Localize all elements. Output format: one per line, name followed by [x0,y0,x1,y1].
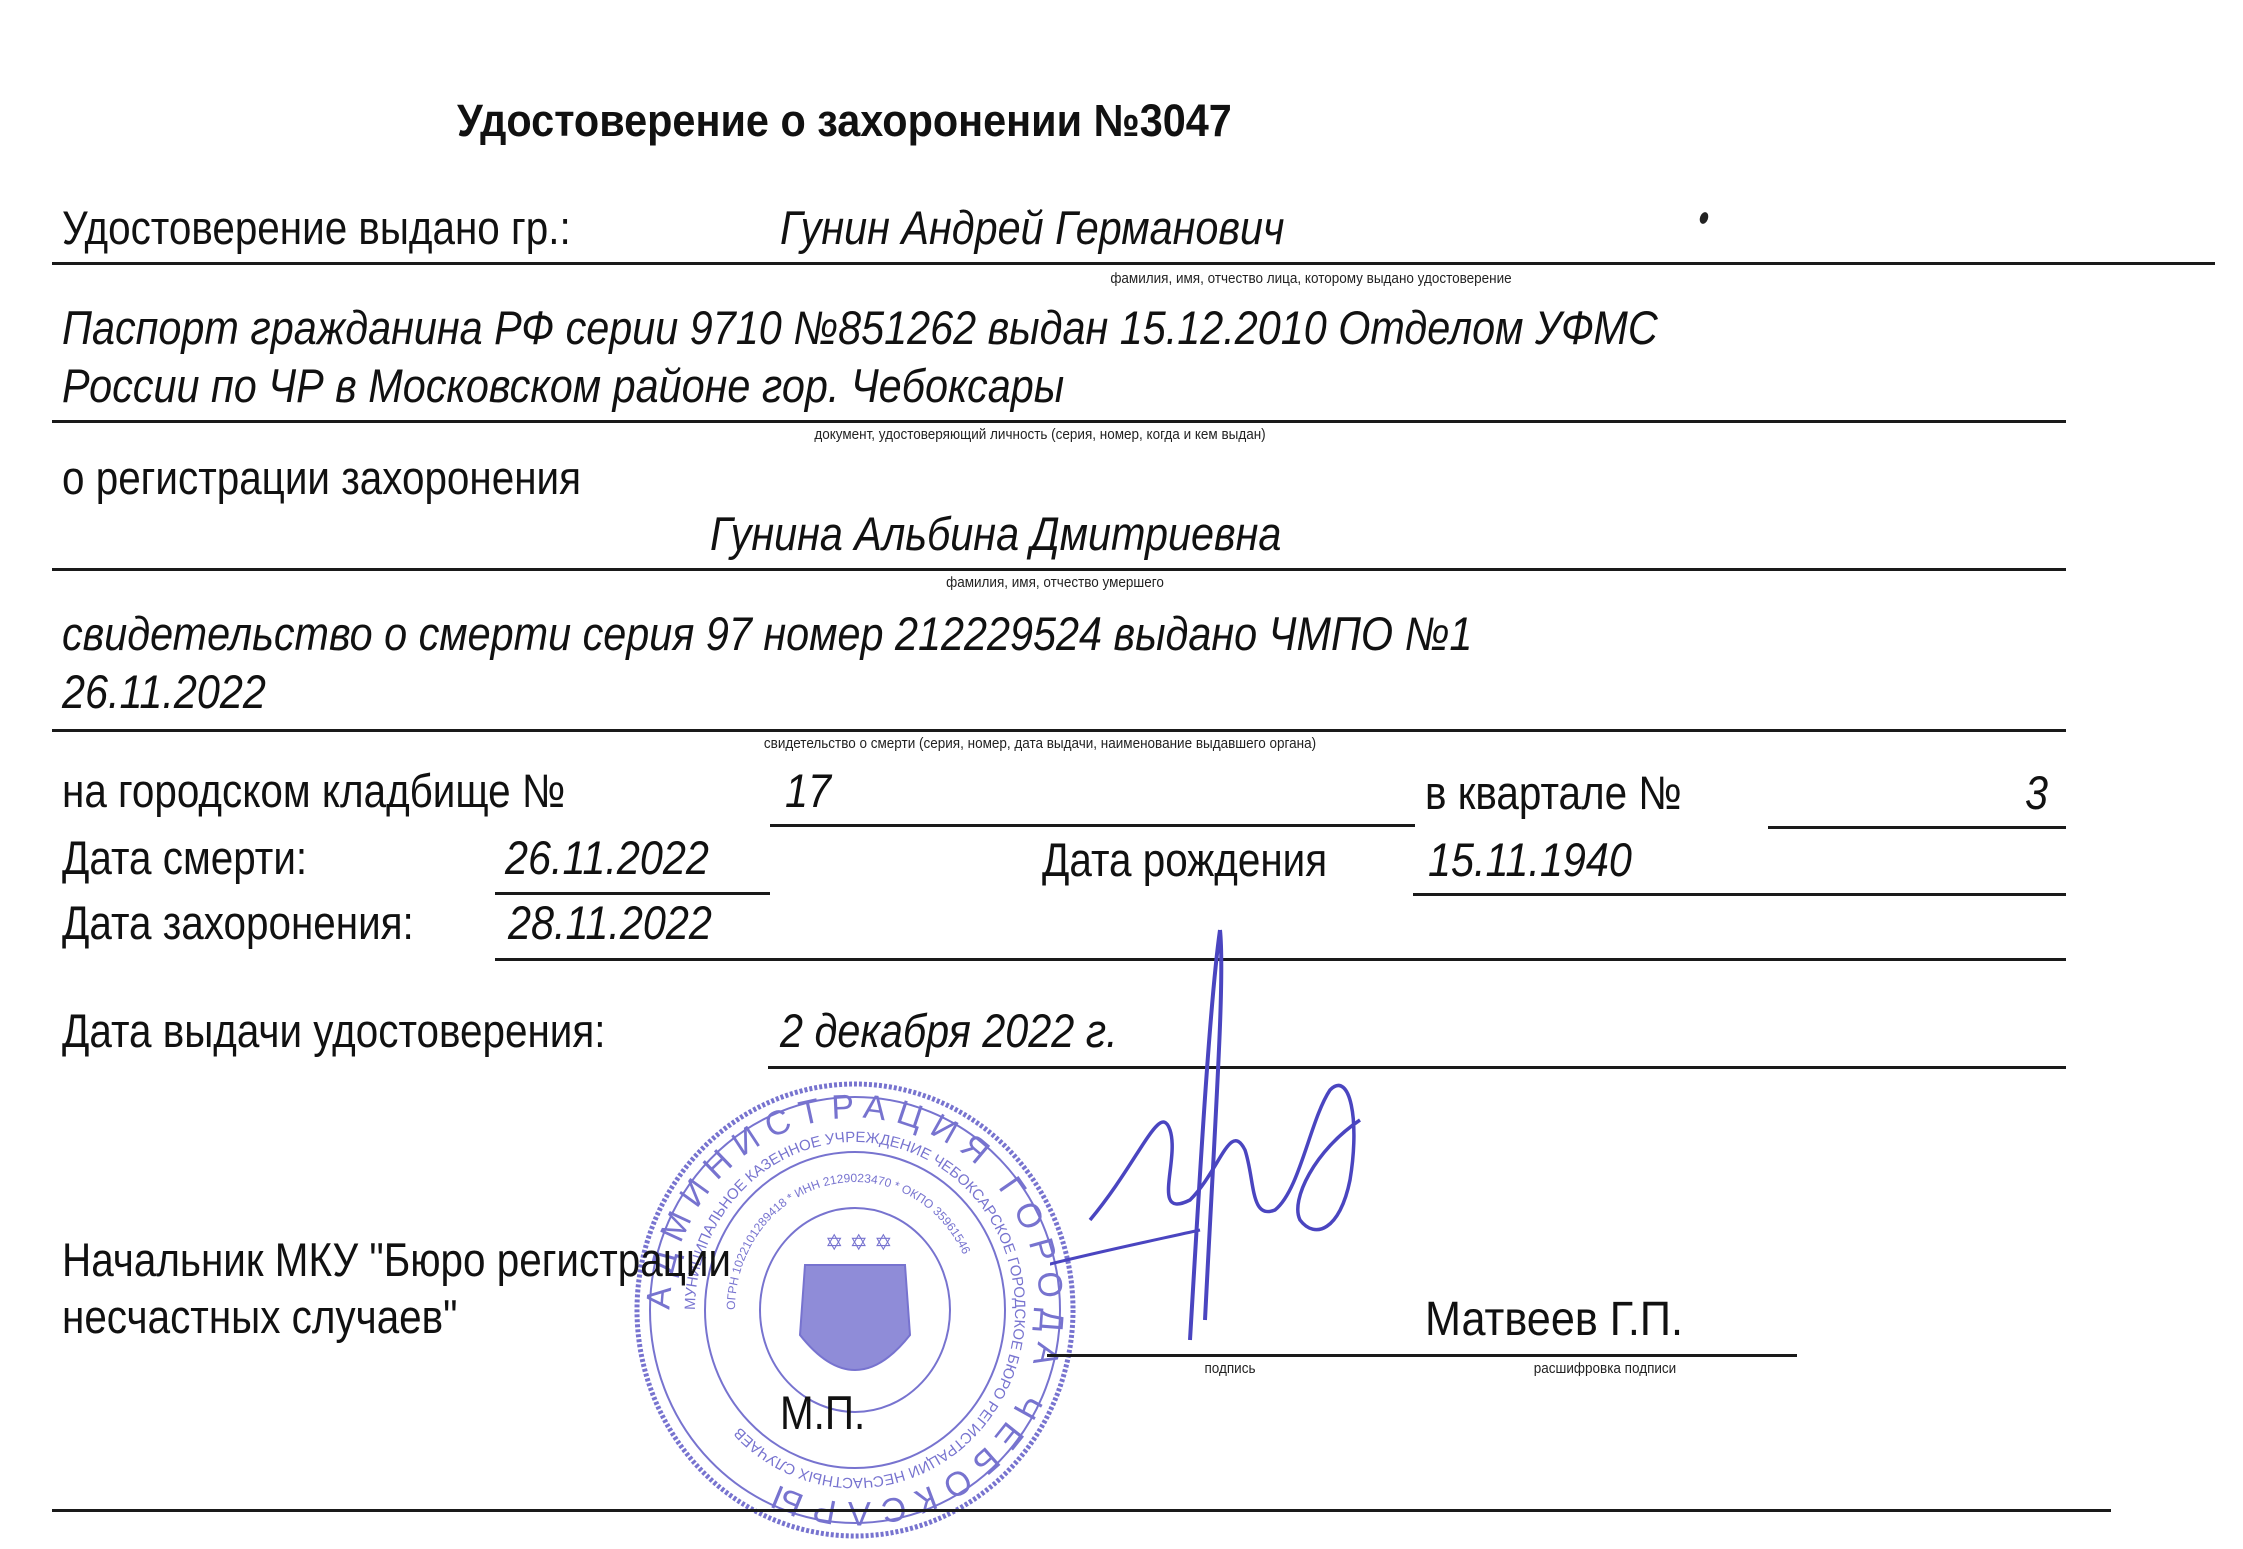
cemetery-value: 17 [785,763,831,818]
birth-date-underline [1413,893,2066,896]
document-title: Удостоверение о захоронении №3047 [457,95,1232,147]
burial-registration-label: о регистрации захоронения [62,450,581,505]
death-certificate-underline [52,729,2066,732]
deceased-underline [52,568,2066,571]
identity-document-underline [52,420,2066,423]
identity-document-line2: России по ЧР в Московском районе гор. Че… [62,358,1064,413]
death-certificate-line2: 26.11.2022 [62,664,266,719]
signatory-position-line1: Начальник МКУ "Бюро регистрации [62,1232,731,1287]
identity-document-line1: Паспорт гражданина РФ серии 9710 №851262… [62,300,1658,355]
quarter-value: 3 [2025,765,2048,820]
deceased-caption: фамилия, имя, отчество умершего [875,574,1235,591]
issued-to-label: Удостоверение выдано гр.: [62,200,571,255]
issue-date-label: Дата выдачи удостоверения: [62,1003,605,1058]
death-date-label: Дата смерти: [62,830,307,885]
official-stamp-icon: АДМИНИСТРАЦИЯ ГОРОДА ЧЕБОКСАРЫ МУНИЦИПАЛ… [620,1075,1090,1545]
signature-caption: подпись [1167,1360,1293,1377]
burial-date-label: Дата захоронения: [62,895,414,950]
burial-date-value: 28.11.2022 [508,895,712,950]
issued-to-underline [52,262,2215,265]
quarter-underline [1768,826,2066,829]
svg-text:✡ ✡ ✡: ✡ ✡ ✡ [825,1230,893,1255]
signatory-name: Матвеев Г.П. [1425,1292,1683,1347]
signatory-position-line2: несчастных случаев" [62,1289,457,1344]
signature-underline [1047,1354,1797,1357]
birth-date-value: 15.11.1940 [1428,832,1632,887]
issued-to-value: Гунин Андрей Германович [780,200,1284,255]
deceased-name-value: Гунина Альбина Дмитриевна [710,506,1281,561]
death-date-value: 26.11.2022 [505,830,709,885]
birth-date-label: Дата рождения [1042,832,1327,887]
cemetery-label: на городском кладбище № [62,763,565,818]
cemetery-underline [770,824,1415,827]
seal-mark: М.П. [780,1385,865,1440]
signature-name-caption: расшифровка подписи [1502,1360,1709,1377]
identity-document-caption: документ, удостоверяющий личность (серия… [734,426,1346,443]
death-certificate-line1: свидетельство о смерти серия 97 номер 21… [62,606,1472,661]
quarter-label: в квартале № [1425,765,1682,820]
issued-to-caption: фамилия, имя, отчество лица, которому вы… [1041,270,1581,287]
ink-dot [1698,211,1710,225]
signature-icon [1050,920,1430,1360]
death-certificate-caption: свидетельство о смерти (серия, номер, да… [680,735,1400,752]
bottom-rule [52,1509,2111,1512]
